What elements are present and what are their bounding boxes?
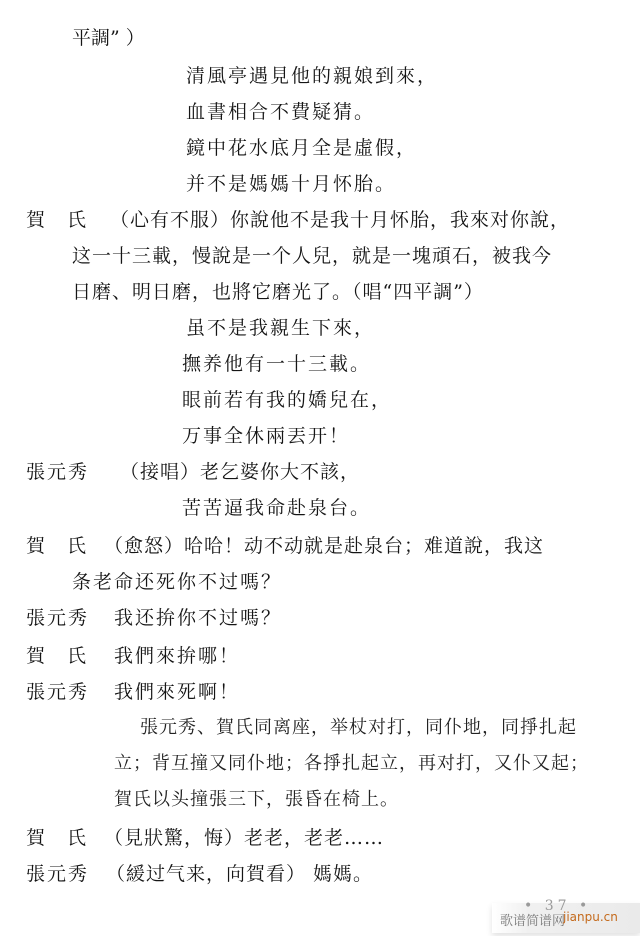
speaker-label-zhang: 張元秀 [26, 460, 89, 484]
dialogue-line: 这一十三載，慢說是一个人兒，就是一塊頑石，被我今 [72, 244, 552, 268]
watermark-text-en: jianpu.cn [563, 910, 618, 924]
sung-verse-line: （接唱）老乞婆你大不該， [120, 460, 360, 484]
continuation-line: 平調” ） [72, 26, 145, 50]
sung-verse-line: 苦苦逼我命赴泉台。 [182, 496, 371, 520]
speaker-label-zhang: 張元秀 [26, 862, 89, 886]
dialogue-line: （緩过气来，向賀看） 媽媽。 [106, 862, 373, 886]
sung-verse-line: 虽不是我親生下來， [186, 316, 375, 340]
speaker-label-zhang: 張元秀 [26, 680, 89, 704]
watermark-text-cn: 歌谱简谱网 [500, 910, 565, 929]
script-page: 平調” ） 清風亭遇見他的親娘到來， 血書相合不費疑猜。 鏡中花水底月全是虛假，… [0, 0, 640, 936]
dialogue-line: 日磨、明日磨，也將它磨光了。（唱“四平調”） [72, 280, 484, 304]
dialogue-line: 我們來拚哪！ [114, 644, 240, 668]
speaker-label-he: 賀氏 [26, 534, 108, 558]
stage-direction-line: 立；背互撞又同仆地；各掙扎起立，再对打，又仆又起； [114, 752, 589, 776]
sung-verse-line: 鏡中花水底月全是虛假， [186, 136, 417, 160]
speaker-label-zhang: 張元秀 [26, 606, 89, 630]
sung-verse-line: 眼前若有我的嬌兒在， [182, 388, 392, 412]
sung-verse-line: 清風亭遇見他的親娘到來， [186, 64, 438, 88]
speaker-label-he: 賀氏 [26, 826, 108, 850]
dialogue-line: （愈怒）哈哈！动不动就是赴泉台；难道說，我这 [104, 534, 544, 558]
speaker-label-he: 賀氏 [26, 208, 108, 232]
sung-verse-line: 并不是媽媽十月怀胎。 [186, 172, 396, 196]
sung-verse-line: 血書相合不費疑猜。 [186, 100, 375, 124]
sung-verse-line: 撫养他有一十三載。 [182, 352, 371, 376]
stage-direction-line: 張元秀、賀氏同离座，举杖对打，同仆地，同掙扎起 [140, 716, 577, 740]
dialogue-line: 我还拚你不过嗎？ [114, 606, 282, 630]
dialogue-line: 我們來死啊！ [114, 680, 240, 704]
speaker-label-he: 賀氏 [26, 644, 108, 668]
stage-direction-line: 賀氏以头撞張三下，張昏在椅上。 [114, 788, 399, 812]
dialogue-line: 条老命还死你不过嗎？ [72, 570, 282, 594]
dialogue-line: （見狀驚，悔）老老，老老…… [104, 826, 384, 850]
sung-verse-line: 万事全休兩丟开！ [182, 424, 350, 448]
dialogue-line: （心有不服）你說他不是我十月怀胎，我來对你說， [110, 208, 570, 232]
